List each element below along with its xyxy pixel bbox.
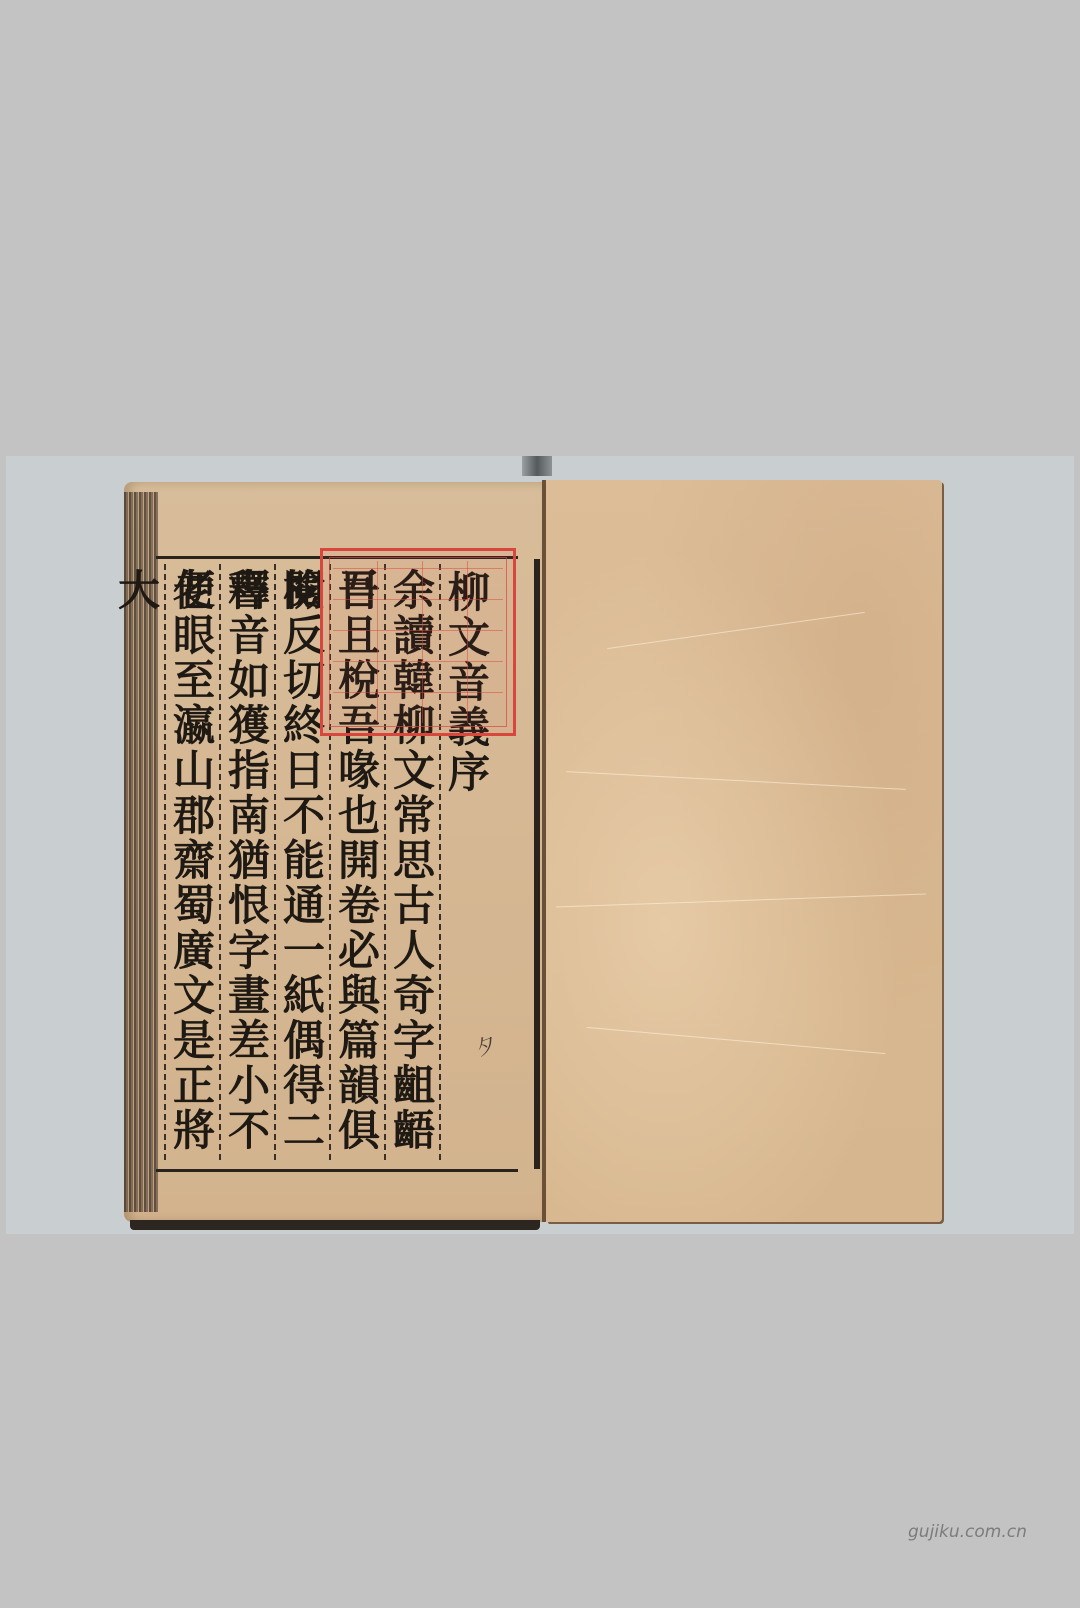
left-page: 柳文音義序 余讀韓柳文常思古人奇字齟齬吾 目且梲吾喙也開卷必與篇韻俱檢 閱反切終… (124, 482, 544, 1222)
red-seal (320, 548, 516, 736)
page-bottom-edge (130, 1220, 540, 1230)
paper-crease (607, 612, 865, 649)
right-page-blank (546, 480, 942, 1222)
paper-crease (556, 894, 926, 908)
paper-crease (587, 1027, 886, 1054)
text-column: 釋音如獲指南猶恨字畫差小不便 (219, 564, 274, 1160)
text-column: 老眼至瀛山郡齋蜀廣文是正將大 (164, 564, 219, 1160)
seal-grid (333, 561, 503, 723)
paper-crease (566, 771, 906, 790)
spine-shadow (522, 456, 552, 476)
watermark: gujiku.com.cn (908, 1522, 1027, 1542)
